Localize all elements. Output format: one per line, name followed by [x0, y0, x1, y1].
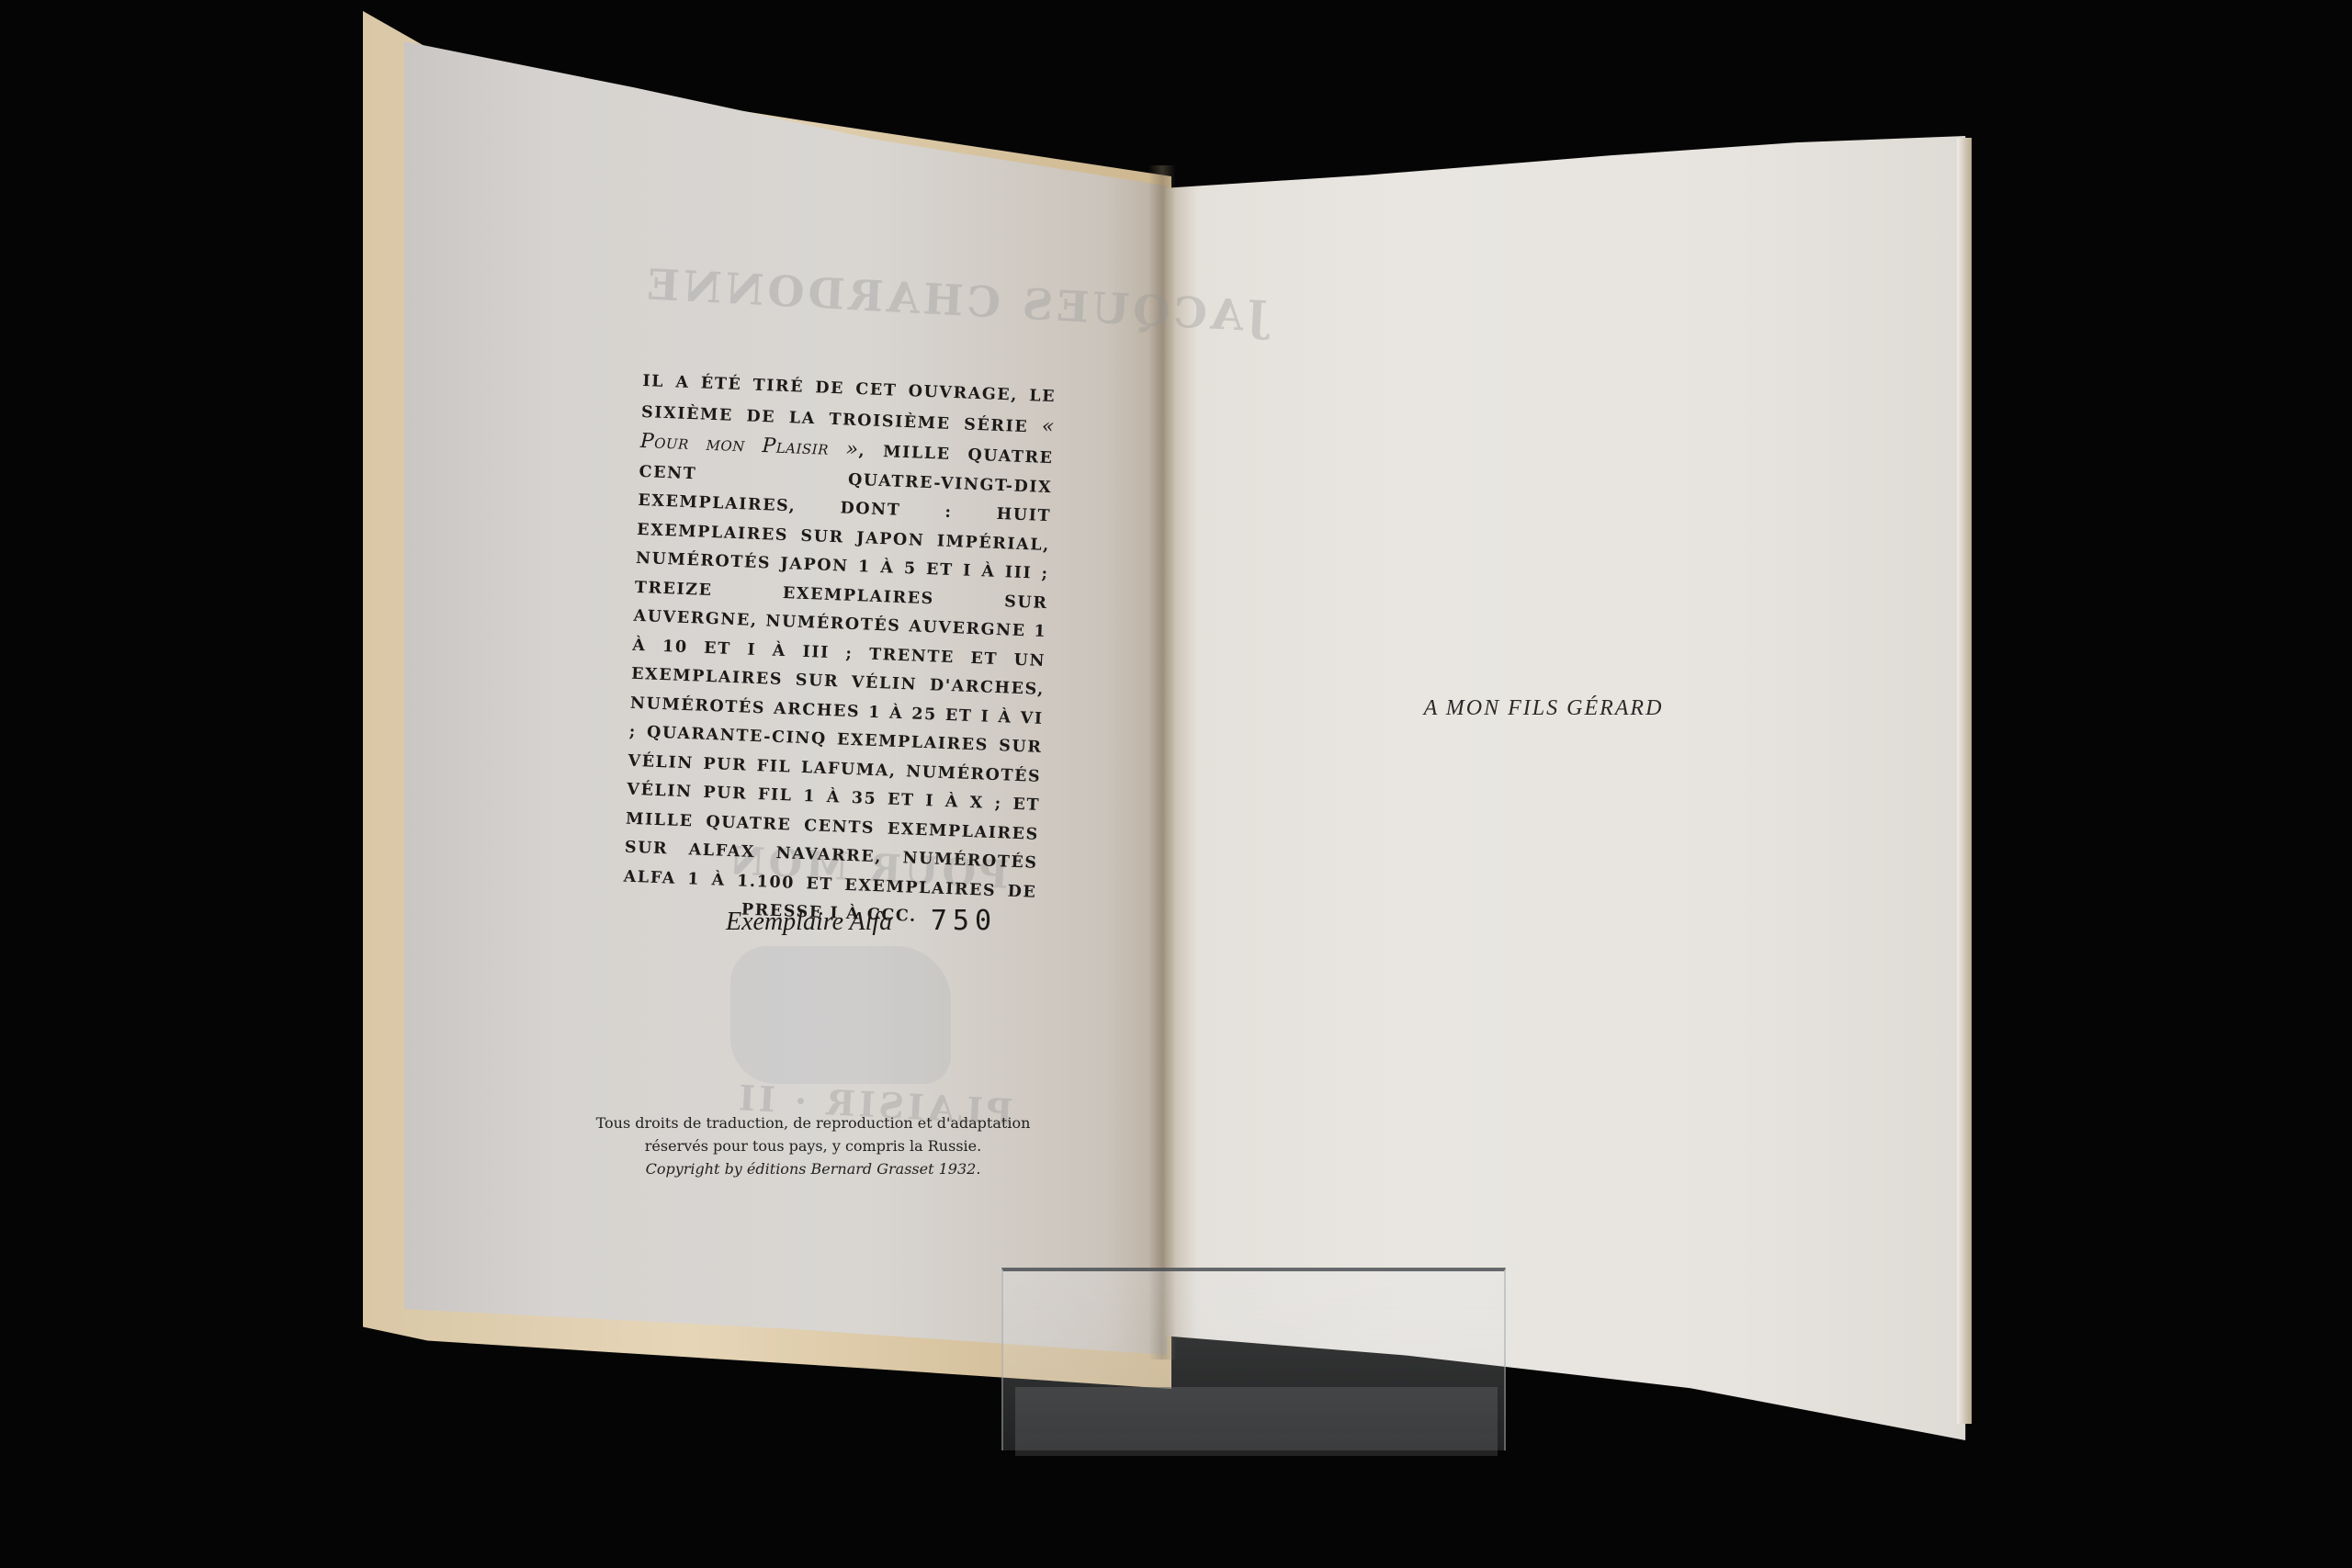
- copy-number-value: 750: [931, 905, 997, 937]
- page-edges-right: [1957, 138, 1972, 1424]
- colophon-line-1: Il a été tiré de cet ouvrage, le sixième…: [641, 372, 1057, 436]
- rights-line-2: réservés pour tous pays, y compris la Ru…: [537, 1134, 1089, 1157]
- show-through-emblem-icon: [730, 946, 951, 1084]
- colophon-text: Il a été tiré de cet ouvrage, le sixième…: [622, 367, 1057, 936]
- book-spine: [1148, 165, 1176, 1359]
- rights-notice: Tous droits de traduction, de reproducti…: [537, 1111, 1089, 1180]
- copyright-line: Copyright by éditions Bernard Grasset 19…: [537, 1157, 1089, 1180]
- dedication: A MON FILS GÉRARD: [1406, 696, 1681, 721]
- acrylic-book-stand: [1001, 1268, 1506, 1450]
- copy-number-label: Exemplaire Alfa: [726, 908, 892, 936]
- rights-line-1: Tous droits de traduction, de reproducti…: [537, 1111, 1089, 1134]
- colophon-line-2: , mille quatre cent quatre-vingt-dix exe…: [623, 442, 1054, 926]
- copy-number: Exemplaire Alfa 750: [726, 905, 997, 937]
- right-page: [1165, 136, 1973, 1440]
